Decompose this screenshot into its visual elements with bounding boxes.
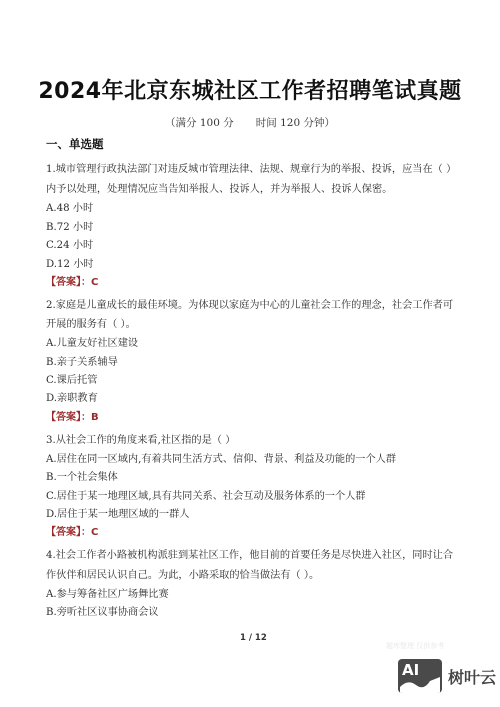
logo-ai-icon: AI [398, 659, 442, 693]
question-1-option-a: A.48 小时 [46, 199, 93, 214]
question-2-option-b: B.亲子关系辅导 [46, 353, 118, 368]
question-3-option-b: B.一个社会集体 [46, 468, 118, 483]
question-3-answer: 【答案】：C [46, 523, 98, 538]
question-3-option-a: A.居住在同一区域内,有着共同生活方式、信仰、背景、利益及功能的一个人群 [46, 450, 396, 465]
question-3-option-c: C.居住于某一地理区域,具有共同关系、社会互动及服务体系的一个人群 [46, 487, 366, 502]
watermark-logo: AI 树叶云 [398, 659, 496, 693]
question-1-option-c: C.24 小时 [46, 236, 93, 251]
question-1-text-line-1: 1.城市管理行政执法部门对违反城市管理法律、法规、规章行为的举报、投诉，应当在（… [46, 160, 456, 175]
question-3-option-d: D.居住于某一地理区域的一群人 [46, 505, 189, 520]
question-4-text-line-1: 4.社会工作者小路被机构派驻到某社区工作，他目前的首要任务是尽快进入社区，同时让… [46, 546, 453, 561]
answer-value: B [91, 412, 99, 423]
question-1-option-b: B.72 小时 [46, 218, 93, 233]
question-1-text-line-2: 内予以处理，处理情况应当告知举报人、投诉人，并为举报人、投诉人保密。 [46, 180, 392, 195]
question-4-text-line-2: 作伙伴和居民认识自己。为此，小路采取的恰当做法有（ ）。 [46, 566, 319, 581]
answer-value: C [91, 277, 98, 288]
time-limit: 时间 120 分钟） [256, 117, 335, 129]
question-2-option-d: D.亲职教育 [46, 389, 98, 404]
answer-label: 【答案】： [46, 527, 91, 538]
mountain-icon [398, 675, 442, 693]
question-1-option-d: D.12 小时 [46, 255, 94, 270]
logo-name: 树叶云 [448, 665, 496, 688]
answer-label: 【答案】： [46, 277, 91, 288]
question-2-option-a: A.儿童友好社区建设 [46, 334, 138, 349]
question-2-option-c: C.课后托管 [46, 371, 97, 386]
question-2-text-line-2: 开展的服务有（ ）。 [46, 315, 136, 330]
question-4-option-b: B.旁听社区议事协商会议 [46, 603, 159, 618]
question-1-answer: 【答案】：C [46, 273, 98, 288]
question-2-text-line-1: 2.家庭是儿童成长的最佳环境。为体现以家庭为中心的儿童社会工作的理念，社会工作者… [46, 296, 453, 311]
full-score: （满分 100 分 [165, 117, 234, 129]
document-title: 2024年北京东城社区工作者招聘笔试真题 [0, 74, 500, 105]
answer-value: C [91, 527, 98, 538]
question-3-text: 3.从社会工作的角度来看,社区指的是（ ） [46, 431, 235, 446]
section-heading: 一、单选题 [46, 136, 104, 152]
page-indicator: 1 / 12 [240, 633, 267, 643]
answer-label: 【答案】： [46, 412, 91, 423]
document-subtitle: （满分 100 分时间 120 分钟） [0, 115, 500, 130]
watermark-text: 题库整理 仅供参考 [386, 641, 444, 651]
question-2-answer: 【答案】：B [46, 408, 99, 423]
question-4-option-a: A.参与筹备社区广场舞比赛 [46, 585, 169, 600]
